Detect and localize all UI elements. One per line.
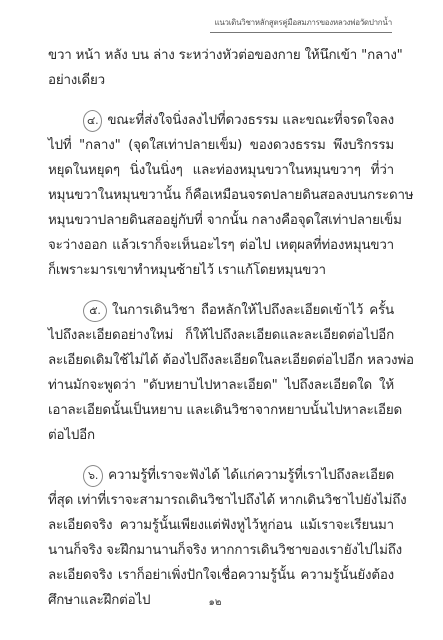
text-line: ที่สุด เท่าที่เราจะสามารถเดินวิชาไปถึงได… bbox=[48, 488, 394, 513]
text-line: หมุนขวาปลายดินสออยู่กับที่ จากนั้น กลางค… bbox=[48, 208, 394, 233]
page-number: ๑๒ bbox=[200, 595, 230, 610]
body-text: ขวา หน้า หลัง บน ล่าง ระหว่างหัวต่อของกา… bbox=[48, 43, 394, 613]
text-line: หยุดในหยุดๆ นิ่งในนิ่งๆ และท่องหมุนขวาใน… bbox=[48, 158, 394, 183]
text-line: ขณะที่ส่งใจนิ่งลงไปที่ดวงธรรม และขณะที่จ… bbox=[107, 108, 394, 133]
circled-number-marker: ๖. bbox=[83, 465, 103, 487]
text-line: หมุนขวาในหมุนขวานั้น ก็คือเหมือนจรดปลายด… bbox=[48, 183, 394, 208]
text-line: ท่านมักจะพูดว่า "ดับหยาบไปหาละเอียด" ไปถ… bbox=[48, 373, 394, 398]
text-line: ละเอียดจริง เราก็อย่าเพิ่งปักใจเชื่อความ… bbox=[48, 563, 394, 588]
text-line: ในการเดินวิชา ถือหลักให้ไปถึงละเอียดเข้า… bbox=[112, 298, 394, 323]
text-line: นานก็จริง จะฝึกมานานก็จริง หากการเดินวิช… bbox=[48, 538, 394, 563]
circled-number-marker: ๔. bbox=[83, 110, 102, 132]
circled-number-marker: ๕. bbox=[83, 300, 107, 322]
text-line: ไปที่ "กลาง" (จุดใสเท่าปลายเข็ม) ของดวงธ… bbox=[48, 133, 394, 158]
text-line: ขวา หน้า หลัง บน ล่าง ระหว่างหัวต่อของกา… bbox=[48, 43, 394, 68]
paragraph-6: ๖. ความรู้ที่เราจะฟังได้ ได้แก่ความรู้ที… bbox=[48, 463, 394, 613]
text-line: อย่างเดียว bbox=[48, 68, 394, 93]
text-line: ไปถึงละเอียดอย่างใหม่ ก็ให้ไปถึงละเอียดแ… bbox=[48, 323, 394, 348]
text-line: ละเอียดจริง ความรู้นั้นเพียงแต่ฟังหูไว้ห… bbox=[48, 513, 394, 538]
running-header: แนวเดินวิชาหลักสูตรคู่มือสมภารของหลวงพ่อ… bbox=[210, 16, 392, 33]
paragraph-5: ๕. ในการเดินวิชา ถือหลักให้ไปถึงละเอียดเ… bbox=[48, 298, 394, 448]
text-line: เอาละเอียดนั้นเป็นหยาบ และเดินวิชาจากหยา… bbox=[48, 398, 394, 423]
text-line: ความรู้ที่เราจะฟังได้ ได้แก่ความรู้ที่เร… bbox=[108, 463, 394, 488]
text-line: ก็เพราะมารเขาทำหมุนซ้ายไว้ เราแก้โดยหมุน… bbox=[48, 258, 394, 283]
text-line: ละเอียดเดิมใช้ไม่ได้ ต้องไปถึงละเอียดในล… bbox=[48, 348, 394, 373]
text-line: ต่อไปอีก bbox=[48, 423, 394, 448]
paragraph-4: ๔. ขณะที่ส่งใจนิ่งลงไปที่ดวงธรรม และขณะท… bbox=[48, 108, 394, 283]
book-page: แนวเดินวิชาหลักสูตรคู่มือสมภารของหลวงพ่อ… bbox=[0, 0, 443, 640]
text-line: จะว่างออก แล้วเราก็จะเห็นอะไรๆ ต่อไป เหต… bbox=[48, 233, 394, 258]
